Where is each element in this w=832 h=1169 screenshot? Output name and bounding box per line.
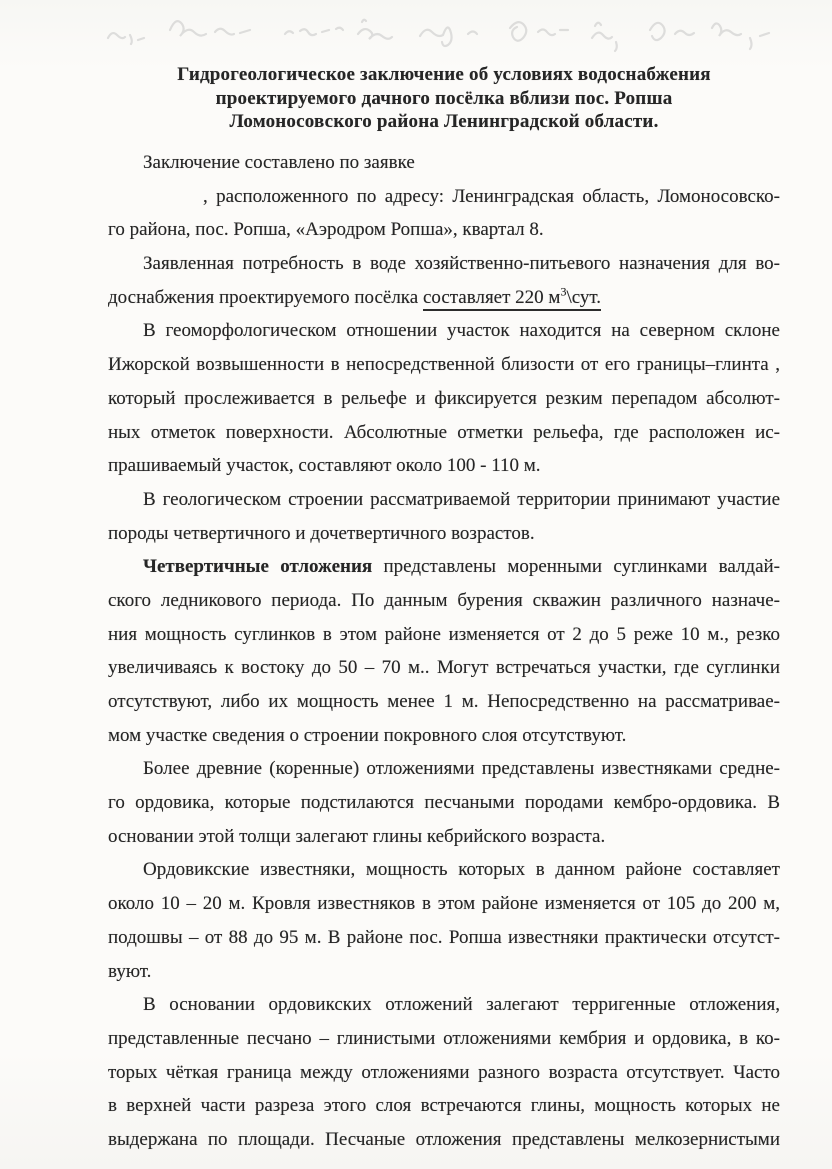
document-body: Заключение составлено по заявке, располо… <box>108 146 780 1157</box>
text-line: В геоморфологическом отношении участок н… <box>108 314 780 348</box>
text-line: который прослеживается в рельефе и фикси… <box>108 382 780 416</box>
text-line: представленные песчано – глинистыми отло… <box>108 1022 780 1056</box>
text-line: го ордовика, которые подстилаются песчан… <box>108 786 780 820</box>
handwritten-annotation <box>100 8 780 60</box>
text-line: Четвертичные отложения представлены море… <box>108 550 780 584</box>
text-line: Более древние (коренные) отложениями пре… <box>108 752 780 786</box>
text-line: подошвы – от 88 до 95 м. В районе пос. Р… <box>108 921 780 955</box>
bold-text: Четвертичные отложения <box>143 556 372 577</box>
text-run: составляет 220 м <box>423 287 561 308</box>
text-line: ных отметок поверхности. Абсолютные отме… <box>108 416 780 450</box>
text-line: го района, пос. Ропша, «Аэродром Ропша»,… <box>108 213 780 247</box>
text-line: около 10 – 20 м. Кровля известняков в эт… <box>108 887 780 921</box>
text-line: отсутствуют, либо их мощность менее 1 м.… <box>108 685 780 719</box>
text-line: Ордовикские известняки, мощность которых… <box>108 853 780 887</box>
document-title: Гидрогеологическое заключение об условия… <box>108 63 780 134</box>
text-line: вуют. <box>108 955 780 989</box>
text-line: Ижорской возвышенности в непосредственно… <box>108 348 780 382</box>
text-line: Заключение составлено по заявке <box>108 146 780 180</box>
text-run: \сут. <box>566 287 601 308</box>
text-line: Заявленная потребность в воде хозяйствен… <box>108 247 780 281</box>
text-line: основании этой толщи залегают глины кебр… <box>108 820 780 854</box>
text-line: В геологическом строении рассматриваемой… <box>108 483 780 517</box>
text-line: , расположенного по адресу: Ленинградска… <box>108 180 780 214</box>
scanned-document-page: Гидрогеологическое заключение об условия… <box>0 0 832 1169</box>
text-run: представлены моренными суглинками валдай… <box>372 556 780 577</box>
title-line: Ломоносовского района Ленинградской обла… <box>108 110 780 134</box>
title-line: проектируемого дачного посёлка вблизи по… <box>108 87 780 111</box>
text-line: торых чёткая граница между отложениями р… <box>108 1056 780 1090</box>
text-line: В основании ордовикских отложений залега… <box>108 988 780 1022</box>
text-line: в верхней части разреза этого слоя встре… <box>108 1089 780 1123</box>
text-line: ния мощность суглинков в этом районе изм… <box>108 618 780 652</box>
text-run: доснабжения проектируемого посёлка <box>108 287 423 308</box>
text-line: прашиваемый участок, составляют около 10… <box>108 449 780 483</box>
underlined-value: составляет 220 м3\сут. <box>423 287 601 311</box>
text-line: выдержана по площади. Песчаные отложения… <box>108 1123 780 1157</box>
text-line: мом участке сведения о строении покровно… <box>108 719 780 753</box>
text-line: ского ледникового периода. По данным бур… <box>108 584 780 618</box>
title-line: Гидрогеологическое заключение об условия… <box>108 63 780 87</box>
text-line: доснабжения проектируемого посёлка соста… <box>108 281 780 315</box>
text-line: породы четвертичного и дочетвертичного в… <box>108 517 780 551</box>
text-line: увеличиваясь к востоку до 50 – 70 м.. Мо… <box>108 651 780 685</box>
